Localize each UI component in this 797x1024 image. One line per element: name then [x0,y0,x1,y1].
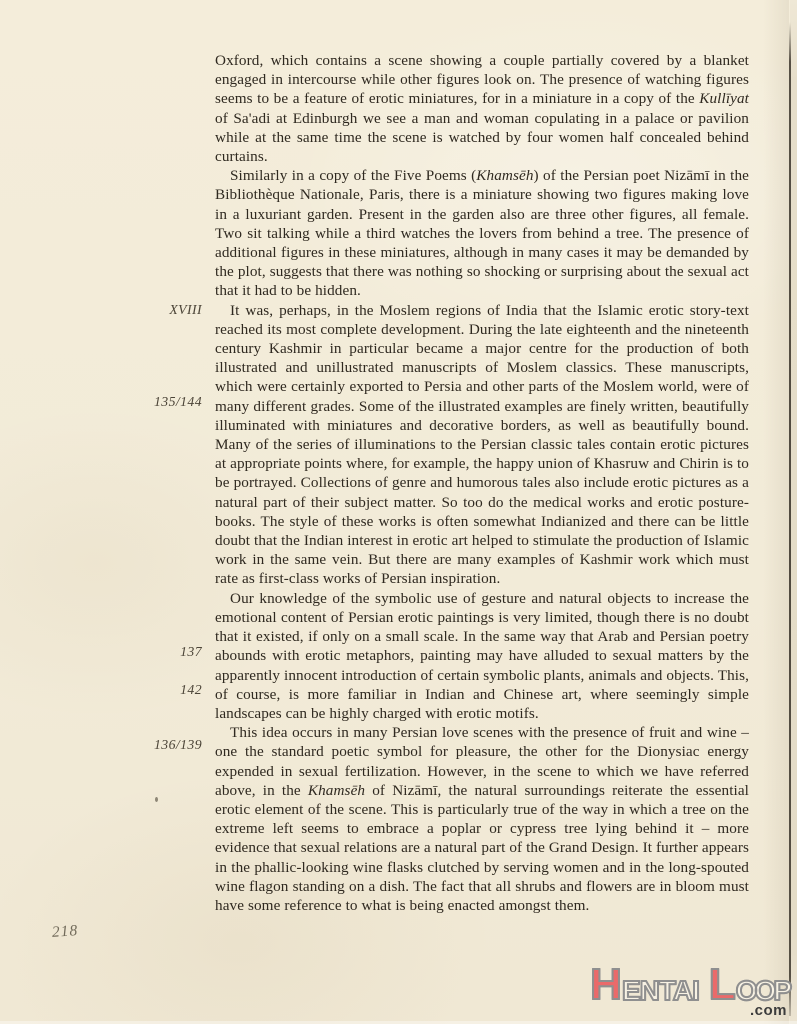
paragraph-text: Our knowledge of the symbolic use of ges… [215,590,749,722]
body-text: Oxford, which contains a scene showing a… [215,51,749,915]
book-page-scan[interactable]: Oxford, which contains a scene showing a… [0,0,797,1024]
site-watermark-logo[interactable]: H ENTAI L OOP .com [590,963,789,1018]
paragraph-text: Oxford, which contains a scene showing a… [215,52,749,107]
paragraph-text: of Sa'adi at Edinburgh we see a man and … [215,110,749,165]
page-edge-line [789,22,791,1016]
paragraph-text: Similarly in a copy of the Five Poems ( [230,167,476,184]
paragraph: This idea occurs in many Persian love sc… [215,723,749,915]
paragraph: It was, perhaps, in the Moslem regions o… [215,301,749,589]
paragraph-text: of Nizāmī, the natural surroundings reit… [215,782,749,914]
italic-title-text: Kullīyat [699,90,749,107]
paragraph: Our knowledge of the symbolic use of ges… [215,589,749,723]
page-edge-shadow [763,0,789,1024]
margin-note-plate-ref: 142 [112,682,202,698]
watermark-letter-l: L [709,963,736,1007]
watermark-letter-h: H [590,963,622,1007]
margin-note-plate-ref: 137 [112,644,202,660]
margin-note-plate-ref: 135/144 [112,394,202,410]
margin-note-plate-ref: 136/139 [112,737,202,753]
italic-title-text: Khamsēh [308,782,365,799]
paragraph: Oxford, which contains a scene showing a… [215,51,749,166]
italic-title-text: Khamsēh [476,167,533,184]
page-number: 218 [51,922,78,942]
paragraph-text: It was, perhaps, in the Moslem regions o… [215,302,749,588]
scan-artifact-speck [155,797,158,802]
watermark-brand-row: H ENTAI L OOP [590,963,789,1007]
margin-note-plate-ref: XVIII [112,302,202,318]
paragraph-text: ) of the Persian poet Nizāmī in the Bibl… [215,167,749,299]
watermark-text-entai: ENTAI [622,977,699,1007]
paragraph: Similarly in a copy of the Five Poems (K… [215,166,749,300]
page-edge-strip [790,0,797,1024]
